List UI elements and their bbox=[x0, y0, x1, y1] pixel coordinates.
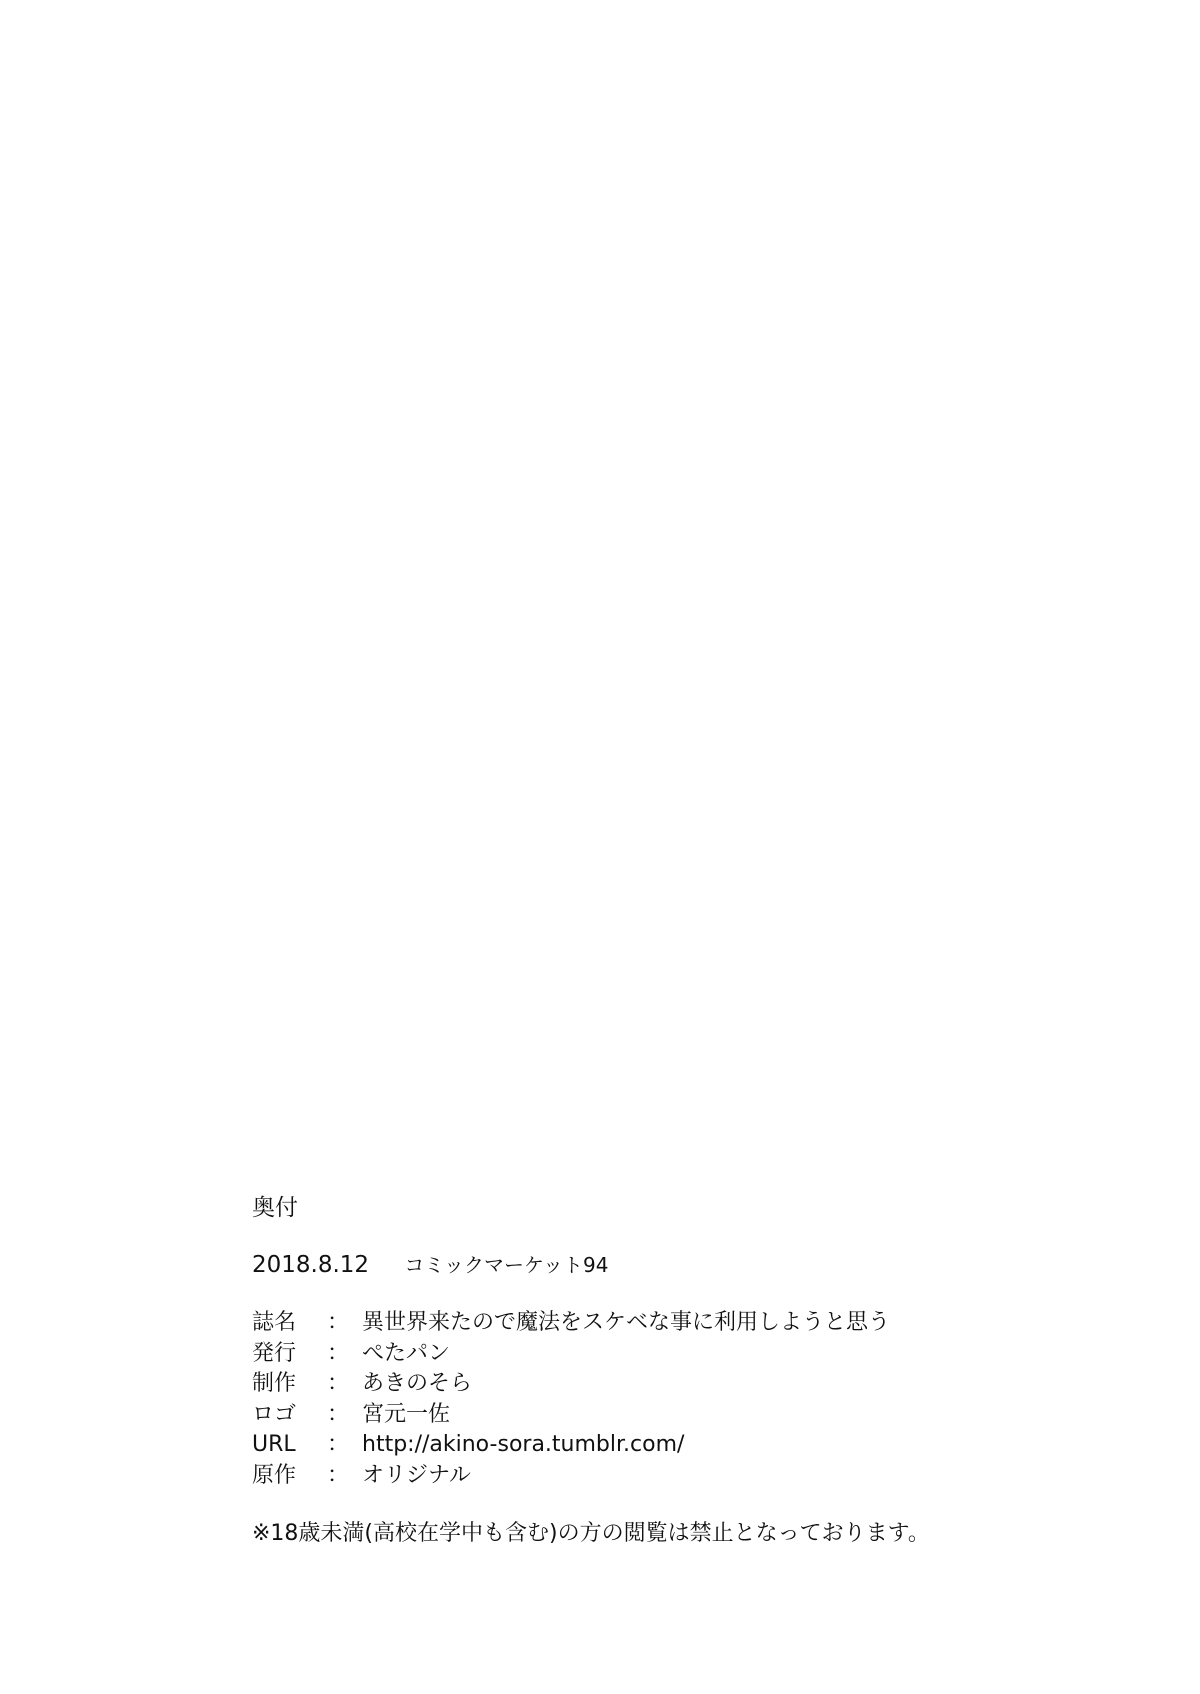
info-value-title: 異世界来たので魔法をスケベな事に利用しようと思う bbox=[358, 1308, 890, 1339]
info-row-publisher: 発行 ： ぺたパン bbox=[252, 1339, 1052, 1370]
info-colon: ： bbox=[318, 1369, 358, 1400]
info-table: 誌名 ： 異世界来たので魔法をスケベな事に利用しようと思う 発行 ： ぺたパン … bbox=[252, 1308, 1052, 1491]
colophon: 奥付 2018.8.12 コミックマーケット94 誌名 ： 異世界来たので魔法を… bbox=[252, 1190, 1052, 1551]
info-colon: ： bbox=[318, 1461, 358, 1492]
info-label: 制作 bbox=[252, 1369, 318, 1400]
info-label: ロゴ bbox=[252, 1400, 318, 1431]
info-row-title: 誌名 ： 異世界来たので魔法をスケベな事に利用しようと思う bbox=[252, 1308, 1052, 1339]
info-value-author: あきのそら bbox=[358, 1369, 472, 1400]
publication-date: 2018.8.12 bbox=[252, 1248, 369, 1282]
info-value-original: オリジナル bbox=[358, 1461, 471, 1492]
info-row-logo: ロゴ ： 宮元一佐 bbox=[252, 1400, 1052, 1431]
event-name: コミックマーケット94 bbox=[404, 1248, 608, 1282]
info-colon: ： bbox=[318, 1430, 358, 1461]
info-label: URL bbox=[252, 1430, 318, 1461]
info-value-url: http://akino-sora.tumblr.com/ bbox=[358, 1430, 684, 1461]
info-label: 発行 bbox=[252, 1339, 318, 1370]
info-value-logo: 宮元一佐 bbox=[358, 1400, 450, 1431]
info-colon: ： bbox=[318, 1308, 358, 1339]
info-colon: ： bbox=[318, 1400, 358, 1431]
info-colon: ： bbox=[318, 1339, 358, 1370]
info-value-publisher: ぺたパン bbox=[358, 1339, 450, 1370]
info-row-url: URL ： http://akino-sora.tumblr.com/ bbox=[252, 1430, 1052, 1461]
info-row-original: 原作 ： オリジナル bbox=[252, 1461, 1052, 1492]
info-label: 誌名 bbox=[252, 1308, 318, 1339]
info-row-author: 制作 ： あきのそら bbox=[252, 1369, 1052, 1400]
colophon-heading: 奥付 bbox=[252, 1190, 1052, 1226]
age-restriction-notice: ※18歳未満(高校在学中も含む)の方の閲覧は禁止となっております。 bbox=[252, 1517, 1052, 1551]
info-label: 原作 bbox=[252, 1461, 318, 1492]
event-line: 2018.8.12 コミックマーケット94 bbox=[252, 1248, 1052, 1282]
